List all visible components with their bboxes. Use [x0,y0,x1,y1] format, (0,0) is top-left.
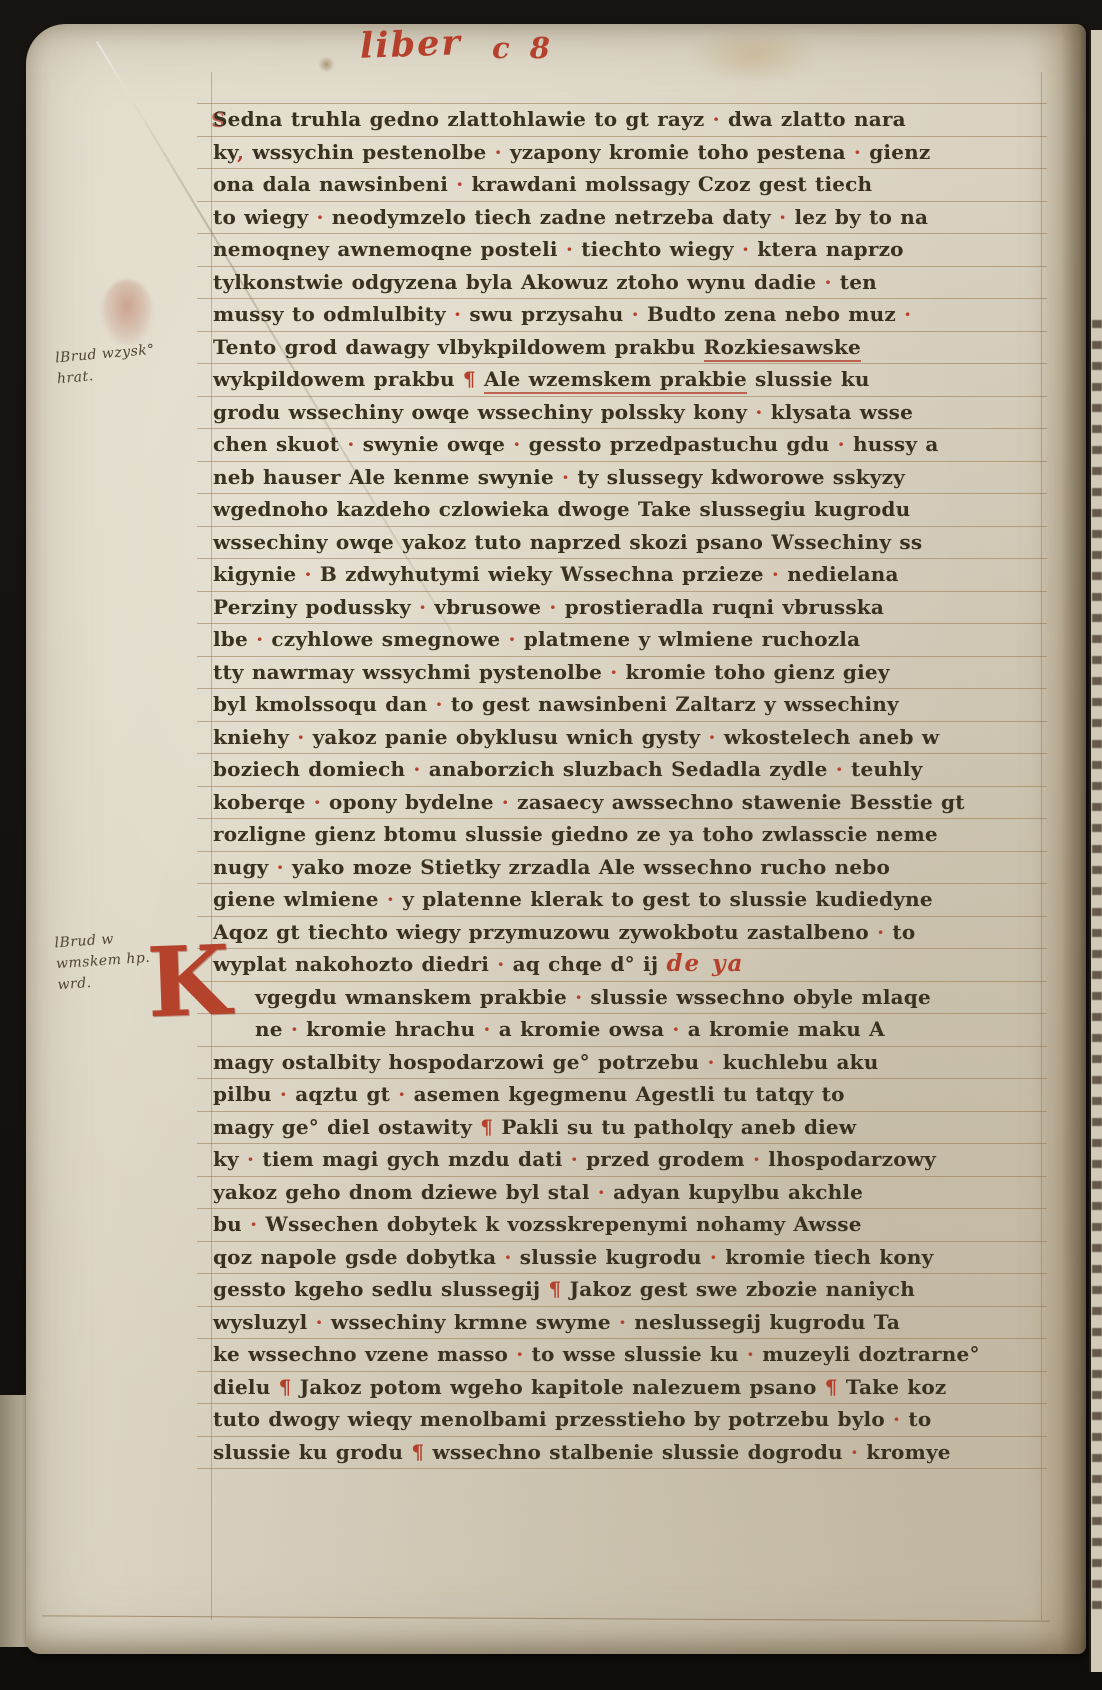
text-line: kigynie · B zdwyhutymi wieky Wssechna pr… [197,559,1047,592]
ink-text: teuhly [843,757,923,781]
ink-text: ten [832,270,877,294]
text-line: qoz napole gsde dobytka · slussie kugrod… [197,1242,1047,1275]
text-line: wgednoho kazdeho czlowieka dwoge Take sl… [197,494,1047,527]
ink-text: to [900,1407,931,1431]
ink-text: giene wlmiene [213,887,387,911]
lombard-initial: K [145,935,232,1029]
ink-text: bu [213,1212,250,1236]
ink-text: prostieradla ruqni vbrusska [557,595,884,619]
text-line: Aqoz gt tiechto wiegy przymuzowu zywokbo… [197,917,1047,950]
ink-text: magy ge° diel ostawity [213,1115,480,1139]
ink-text: Aqoz gt tiechto wiegy przymuzowu zywokbo… [213,920,877,944]
text-line: byl kmolssoqu dan · to gest nawsinbeni Z… [197,689,1047,722]
ink-text: mussy to odmlulbity [213,302,454,326]
ink-text: ona dala nawsinbeni [213,172,456,196]
ink-text: grodu wssechiny owqe wssechiny polssky k… [213,400,755,424]
text-line: magy ostalbity hospodarzowi ge° potrzebu… [197,1047,1047,1080]
text-line: bu · Wssechen dobytek k vozsskrepenymi n… [197,1209,1047,1242]
text-line: wysluzyl · wssechiny krmne swyme · neslu… [197,1307,1047,1340]
tan-stain [688,26,818,84]
rubric-text: · [571,1147,578,1171]
next-page-text-fragments [1092,320,1102,1610]
ink-text: wssechiny owqe yakoz tuto naprzed skozi … [213,530,922,554]
ink-text: anaborzich sluzbach Sedadla zydle [421,757,836,781]
text-line: wyplat nakohozto diedri · aq chqe d° ij … [197,949,1047,982]
ink-text: swu przysahu [461,302,632,326]
rubric-text: · [672,1017,679,1041]
ink-text: Wssechen dobytek k vozsskrepenymi nohamy… [257,1212,861,1236]
rubric-text: · [280,1082,287,1106]
text-line: magy ge° diel ostawity ¶ Pakli su tu pat… [197,1112,1047,1145]
ink-text: gessto kgeho sedlu slussegij [213,1277,548,1301]
ink-text: slussie ku grodu [213,1440,411,1464]
ink-text: tylkonstwie odgyzena byla Akowuz ztoho w… [213,270,824,294]
rubric-text: · [314,790,321,814]
ink-text: to [884,920,915,944]
ink-text: wssechno stalbenie slussie dogrodu [432,1440,851,1464]
ink-text: yzapony kromie toho pestena [502,140,854,164]
ink-text: lez by to na [786,205,928,229]
ink-text: wssechiny krmne swyme [323,1310,619,1334]
text-line: ona dala nawsinbeni · krawdani molssagy … [197,169,1047,202]
ink-text: gessto przedpastuchu gdu [520,432,837,456]
ink-text: adyan kupylbu akchle [605,1180,863,1204]
ink-text: neb hauser Ale kenme swynie [213,465,562,489]
text-line: Perziny podussky · vbrusowe · prostierad… [197,592,1047,625]
ink-text: klysata wsse [763,400,913,424]
ink-text: wssychin pestenolbe [244,140,494,164]
ink-text: nedielana [779,562,899,586]
text-line: ky, wssychin pestenolbe · yzapony kromie… [197,137,1047,170]
rubric-text: · [502,790,509,814]
small-stain-spot [318,57,335,72]
ink-text: wgednoho kazdeho czlowieka dwoge Take sl… [213,497,910,521]
rubric-text: · [549,595,556,619]
ink-text: aqztu gt [287,1082,398,1106]
text-lines: Sedna truhla gedno zlattohlawie to gt ra… [197,103,1047,1469]
ink-text: neslussegij kugrodu Ta [626,1310,900,1334]
text-line: ke wssechno vzene masso · to wsse slussi… [197,1339,1047,1372]
rubric-text: · [704,107,719,131]
ink-text: chen skuot [213,432,347,456]
ink-text: vgegdu wmanskem prakbie [255,985,575,1009]
rubric-text: ¶ [463,367,484,391]
rubric-text: ¶ [480,1115,501,1139]
text-line: slussie ku grodu ¶ wssechno stalbenie sl… [197,1437,1047,1470]
margin-note: lBrud wzysk°hrat. [54,340,157,391]
ink-text: neodymzelo tiech zadne netrzeba daty [324,205,780,229]
text-line: neb hauser Ale kenme swynie · ty slusseg… [197,462,1047,495]
rubric-text: · [413,757,420,781]
running-header-title: liber [359,22,462,67]
rubric-text: · [436,692,443,716]
ink-text: byl kmolssoqu dan [213,692,436,716]
ink-text: krawdani molssagy Czoz gest tiech [463,172,872,196]
text-line: koberqe · opony bydelne · zasaecy awssec… [197,787,1047,820]
ink-text: kigynie [213,562,305,586]
rubric-text: · [277,855,284,879]
ink-text: qoz napole gsde dobytka [213,1245,504,1269]
text-line: nemoqney awnemoqne posteli · tiechto wie… [197,234,1047,267]
ink-text: opony bydelne [321,790,502,814]
rubric-text: · [755,400,762,424]
ink-text: Tento grod dawagy vlbykpildowem prakbu [213,335,704,359]
rubric-text: · [708,725,715,749]
ink-text: vbrusowe [426,595,549,619]
rubric-text: · [347,432,354,456]
ink-text: przed grodem [578,1147,753,1171]
ink-text: wkostelech aneb w [716,725,940,749]
ink-text: tuto dwogy wieqy menolbami przesstieho b… [213,1407,893,1431]
ink-text: ktera naprzo [749,237,904,261]
rubric-text: · [836,757,843,781]
rubric-text: · [854,140,861,164]
rubric-text: · [483,1017,490,1041]
text-line: boziech domiech · anaborzich sluzbach Se… [197,754,1047,787]
manuscript-scan: liber c 8 lBrud wzysk°hrat. lBrud wwmske… [0,0,1102,1690]
ink-text: swynie owqe [355,432,514,456]
rubric-text: · [838,432,845,456]
ink-text: Jakoz potom wgeho kapitole nalezuem psan… [300,1375,825,1399]
rubric-text: · [305,562,312,586]
rubric-text: · [495,140,502,164]
rubric-text: · [904,302,911,326]
ink-text: yakoz panie obyklusu wnich gysty [304,725,708,749]
text-line: pilbu · aqztu gt · asemen kgegmenu Agest… [197,1079,1047,1112]
rubric-text: de ya [666,950,744,977]
ink-text: edna truhla gedno zlattohlawie to gt ray… [228,107,705,131]
rubric-text: ¶ [825,1375,846,1399]
text-line: lbe · czyhlowe smegnowe · platmene y wlm… [197,624,1047,657]
ink-text: Perziny podussky [213,595,419,619]
rubric-text: · [508,627,515,651]
rubric-text: · [566,237,573,261]
ink-text: platmene y wlmiene ruchozla [516,627,861,651]
text-line: chen skuot · swynie owqe · gessto przedp… [197,429,1047,462]
ink-text: B zdwyhutymi wieky Wssechna przieze [312,562,772,586]
ink-text: Ale wzemskem prakbie [484,367,747,394]
text-line: to wiegy · neodymzelo tiech zadne netrze… [197,202,1047,235]
ink-text: to wiegy [213,205,316,229]
text-line: vgegdu wmanskem prakbie · slussie wssech… [197,982,1047,1015]
ink-text: Jakoz gest swe zbozie naniych [570,1277,915,1301]
ink-text: muzeyli doztrarne° [754,1342,980,1366]
ink-text: asemen kgegmenu Agestli tu tatqy to [405,1082,844,1106]
text-line: tty nawrmay wssychmi pystenolbe · kromie… [197,657,1047,690]
text-line: Tento grod dawagy vlbykpildowem prakbu R… [197,332,1047,365]
ink-text: ky [213,140,237,164]
text-line: tylkonstwie odgyzena byla Akowuz ztoho w… [197,267,1047,300]
ink-text: ty slussegy kdworowe sskyzy [569,465,905,489]
text-line: dielu ¶ Jakoz potom wgeho kapitole nalez… [197,1372,1047,1405]
ink-text: magy ostalbity hospodarzowi ge° potrzebu [213,1050,707,1074]
ink-text: hussy a [845,432,939,456]
ink-text: a kromie maku A [680,1017,885,1041]
ink-text: czyhlowe smegnowe [263,627,508,651]
ink-text: yakoz geho dnom dziewe byl stal [213,1180,598,1204]
ink-text: lbe [213,627,256,651]
ink-text: nemoqney awnemoqne posteli [213,237,566,261]
text-line: gessto kgeho sedlu slussegij ¶ Jakoz ges… [197,1274,1047,1307]
ink-text: wysluzyl [213,1310,316,1334]
margin-note: lBrud wwmskem hp.wrd. [54,927,153,996]
ink-text: yako moze Stietky zrzadla Ale wssechno r… [284,855,890,879]
ink-text: kromye [858,1440,951,1464]
ink-text: boziech domiech [213,757,413,781]
ink-text: Rozkiesawske [704,335,861,362]
ink-text: tiechto wiegy [573,237,742,261]
ink-text: slussie wssechno obyle mlaqe [582,985,931,1009]
ink-text: kromie toho gienz giey [617,660,889,684]
ink-text: ke wssechno vzene masso [213,1342,516,1366]
rubric-text: ¶ [411,1440,432,1464]
ink-text: Budto zena nebo muz [639,302,904,326]
text-line: Sedna truhla gedno zlattohlawie to gt ra… [197,104,1047,137]
ink-text: to wsse slussie ku [523,1342,747,1366]
ink-text: to gest nawsinbeni Zaltarz y wssechiny [443,692,899,716]
text-line: ky · tiem magi gych mzdu dati · przed gr… [197,1144,1047,1177]
rubric-text: · [824,270,831,294]
ink-text: tty nawrmay wssychmi pystenolbe [213,660,610,684]
ink-text: kniehy [213,725,297,749]
ink-text: dwa zlatto nara [720,107,906,131]
rubric-text: ¶ [548,1277,569,1301]
ink-text: kromie hrachu [298,1017,483,1041]
text-line: yakoz geho dnom dziewe byl stal · adyan … [197,1177,1047,1210]
rubric-text: · [316,205,323,229]
text-line: giene wlmiene · y platenne klerak to ges… [197,884,1047,917]
rubric-text: · [504,1245,511,1269]
text-line: mussy to odmlulbity · swu przysahu · Bud… [197,299,1047,332]
text-line: tuto dwogy wieqy menolbami przesstieho b… [197,1404,1047,1437]
ink-text: nugy [213,855,277,879]
rubric-text: · [598,1180,605,1204]
text-line: wykpildowem prakbu ¶ Ale wzemskem prakbi… [197,364,1047,397]
rubric-text: · [632,302,639,326]
ink-text: S [213,107,228,131]
text-line: grodu wssechiny owqe wssechiny polssky k… [197,397,1047,430]
ink-text: slussie ku [747,367,870,391]
ink-text: gienz [861,140,930,164]
ink-text: dielu [213,1375,279,1399]
ink-text: Take koz [846,1375,947,1399]
text-line: ne · kromie hrachu · a kromie owsa · a k… [197,1014,1047,1047]
text-line: wssechiny owqe yakoz tuto naprzed skozi … [197,527,1047,560]
ink-text: Pakli su tu patholqy aneb diew [501,1115,856,1139]
running-header-chapter: c 8 [492,31,555,65]
ink-text: wyplat nakohozto diedri [213,952,497,976]
ink-text: y platenne klerak to gest to slussie kud… [394,887,933,911]
ink-text: ne [255,1017,291,1041]
text-line: kniehy · yakoz panie obyklusu wnich gyst… [197,722,1047,755]
text-line: nugy · yako moze Stietky zrzadla Ale wss… [197,852,1047,885]
ink-text: tiem magi gych mzdu dati [254,1147,571,1171]
text-line: rozligne gienz btomu slussie giedno ze y… [197,819,1047,852]
ink-text: kromie tiech kony [717,1245,933,1269]
ink-text: lhospodarzowy [760,1147,936,1171]
ink-text: pilbu [213,1082,280,1106]
rubric-text: · [387,887,394,911]
ink-text: rozligne gienz btomu slussie giedno ze y… [213,822,938,846]
ink-text: wykpildowem prakbu [213,367,463,391]
rubric-text: · [291,1017,298,1041]
ink-text: zasaecy awssechno stawenie Besstie gt [509,790,965,814]
rubric-text: · [772,562,779,586]
red-ink-stain [101,280,153,346]
ink-text: a kromie owsa [491,1017,673,1041]
ink-text: ky [213,1147,247,1171]
next-page-sliver [1089,30,1102,1672]
ink-text: koberqe [213,790,314,814]
ink-text: slussie kugrodu [512,1245,710,1269]
rubric-text: · [316,1310,323,1334]
rubric-text: ¶ [279,1375,300,1399]
rubric-text: · [707,1050,714,1074]
ink-text: kuchlebu aku [715,1050,879,1074]
ink-text: aq chqe d° ij [504,952,666,976]
